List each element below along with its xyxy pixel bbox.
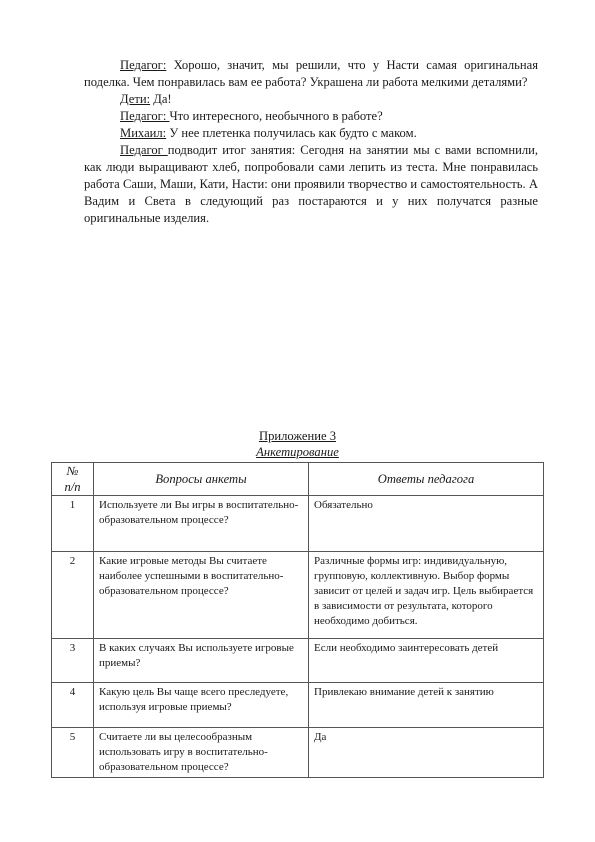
dialogue-line: Педагог подводит итог занятия: Сегодня н… <box>84 142 538 227</box>
document-page: Педагог: Хорошо, значит, мы решили, что … <box>0 0 595 842</box>
survey-table: № п/п Вопросы анкеты Ответы педагога 1 И… <box>51 462 544 778</box>
row-answer: Да <box>309 728 544 778</box>
speaker-label: Педагог <box>120 143 168 157</box>
appendix-title: Приложение 3 <box>0 428 595 444</box>
row-question: В каких случаях Вы используете игровые п… <box>94 639 309 683</box>
header-questions: Вопросы анкеты <box>94 463 309 496</box>
table-row: 2 Какие игровые методы Вы считаете наибо… <box>52 552 544 639</box>
row-number: 3 <box>52 639 94 683</box>
row-question: Какие игровые методы Вы считаете наиболе… <box>94 552 309 639</box>
row-number: 4 <box>52 683 94 728</box>
dialogue-line: Педагог: Хорошо, значит, мы решили, что … <box>84 57 538 91</box>
table-row: 3 В каких случаях Вы используете игровые… <box>52 639 544 683</box>
dialogue-line: Педагог: Что интересного, необычного в р… <box>84 108 538 125</box>
header-answers: Ответы педагога <box>309 463 544 496</box>
row-number: 5 <box>52 728 94 778</box>
row-number: 1 <box>52 496 94 552</box>
speaker-label: Михаил: <box>120 126 166 140</box>
table-row: 4 Какую цель Вы чаще всего преследуете, … <box>52 683 544 728</box>
speaker-label: Педагог: <box>120 58 166 72</box>
dialogue-text: Что интересного, необычного в работе? <box>169 109 382 123</box>
speaker-label: Педагог: <box>120 109 169 123</box>
speaker-label: Дети: <box>120 92 150 106</box>
header-number-symbol: № <box>56 463 89 479</box>
dialogue-line: Дети: Да! <box>84 91 538 108</box>
row-question: Считаете ли вы целесообразным использова… <box>94 728 309 778</box>
row-number: 2 <box>52 552 94 639</box>
table-row: 5 Считаете ли вы целесообразным использо… <box>52 728 544 778</box>
dialogue-section: Педагог: Хорошо, значит, мы решили, что … <box>84 57 538 227</box>
row-answer: Если необходимо заинтересовать детей <box>309 639 544 683</box>
row-question: Используете ли Вы игры в воспитательно-о… <box>94 496 309 552</box>
row-answer: Обязательно <box>309 496 544 552</box>
appendix-subtitle: Анкетирование <box>0 444 595 460</box>
row-question: Какую цель Вы чаще всего преследуете, ис… <box>94 683 309 728</box>
row-answer: Различные формы игр: индивидуальную, гру… <box>309 552 544 639</box>
dialogue-text: У нее плетенка получилась как будто с ма… <box>166 126 417 140</box>
dialogue-line: Михаил: У нее плетенка получилась как бу… <box>84 125 538 142</box>
header-number-abbr: п/п <box>56 479 89 495</box>
table-row: 1 Используете ли Вы игры в воспитательно… <box>52 496 544 552</box>
row-answer: Привлекаю внимание детей к занятию <box>309 683 544 728</box>
header-number: № п/п <box>52 463 94 496</box>
table-header-row: № п/п Вопросы анкеты Ответы педагога <box>52 463 544 496</box>
dialogue-text: Да! <box>150 92 172 106</box>
